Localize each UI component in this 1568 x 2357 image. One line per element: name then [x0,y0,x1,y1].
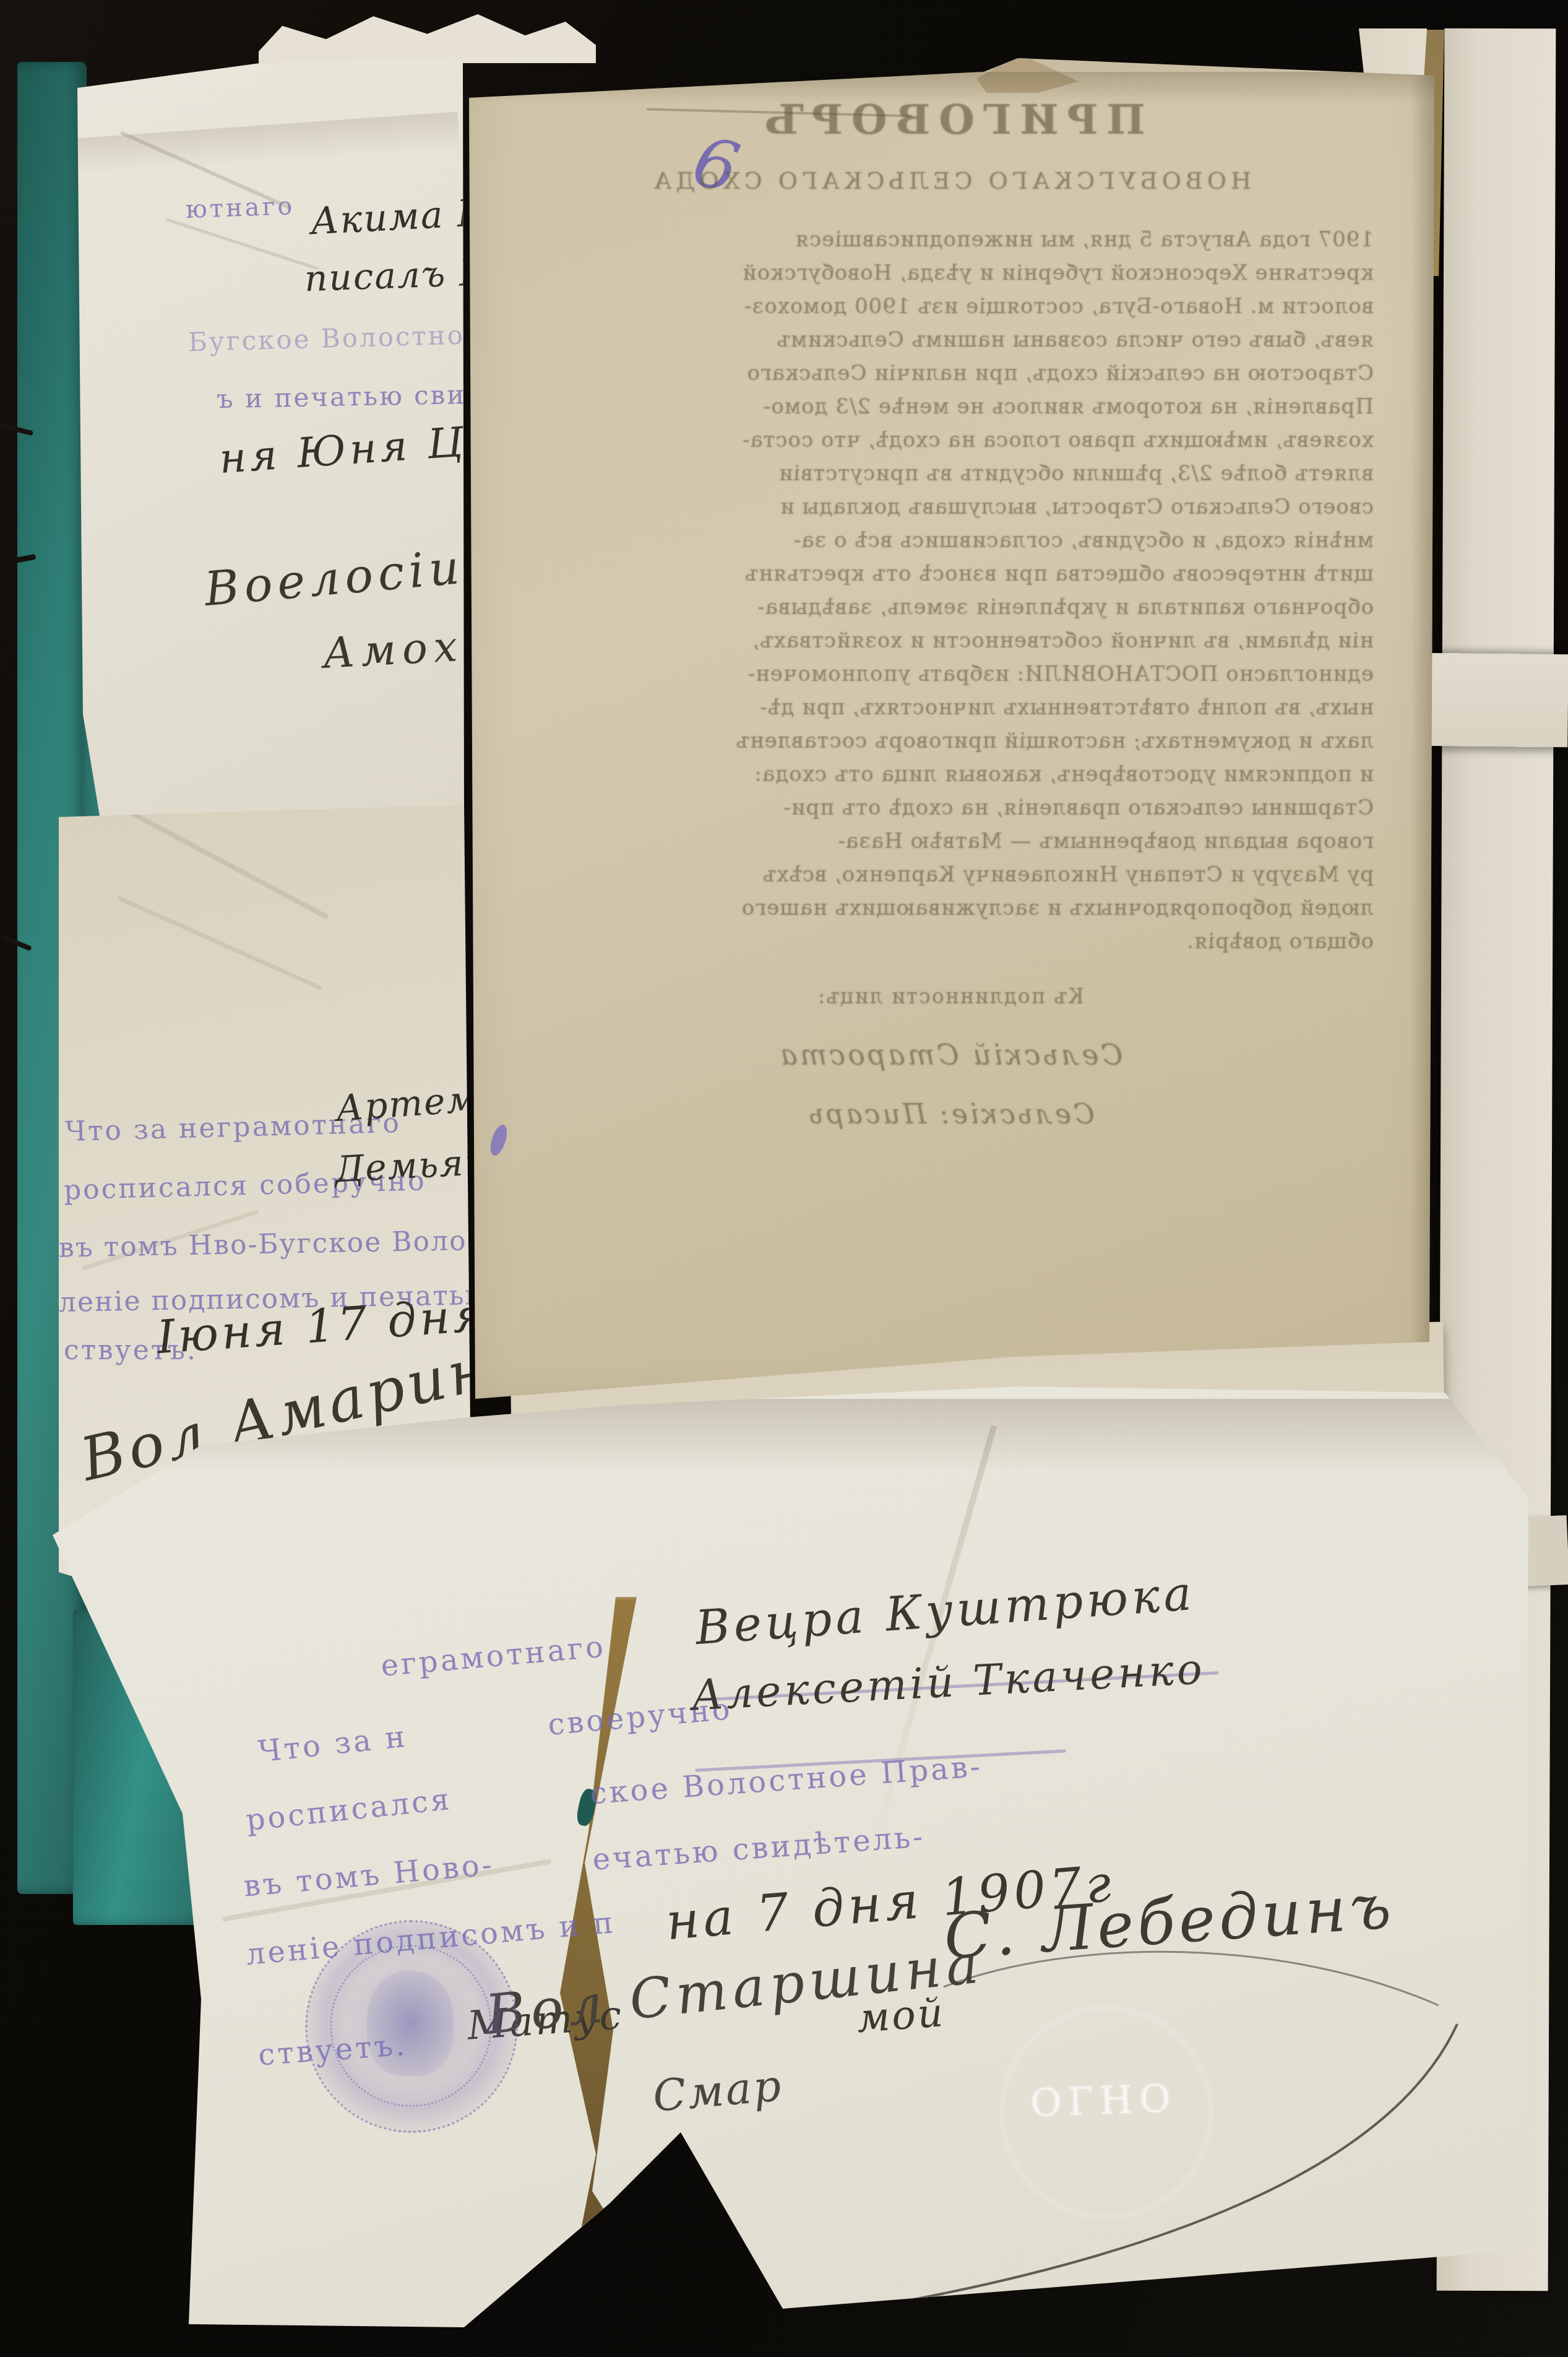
bd-name-1: Вецра Куштрюка [694,1567,1197,1654]
show-through-print: ПРИГОВОРЪ НОВОБУГСКАГО СЕЛЬСКАГО СХОДА 1… [507,80,1394,1374]
tl-signature-1: Воелосіи [202,541,464,615]
bd-stamp-1: еграмотнаго [379,1630,607,1682]
show-through-sig-starosta: Сельскій Староста [507,1038,1394,1071]
paper-watermark: ОГНО [1030,2077,1178,2124]
bd-stamp-3a: росписался [244,1783,453,1837]
ghost-strokes-2 [117,896,322,990]
tl-stamp-fragment-1: ютнаго [185,192,295,223]
torn-scrap-top [259,10,596,63]
archival-photo: ютнаго Акима В писалъ В Бугское Волостно… [0,0,1568,2357]
ml-name-1: Артем [335,1079,472,1129]
tl-stamp-fragment-3: ъ и печатью свидѣ [217,380,464,413]
bd-stamp-4a: въ томъ Ново- [242,1848,495,1903]
round-seal [305,1920,518,2133]
signature-flourish [678,1913,1507,2347]
show-through-subtitle: НОВОБУГСКАГО СЕЛЬСКАГО СХОДА [507,167,1394,194]
ml-name-2: Демьян [334,1143,472,1190]
tl-signature-2: Амох [322,624,464,678]
show-through-body: 1907 года Августа 5 дня, мы нижеподписав… [527,223,1374,958]
bd-stamp-3b: ское Волостное Прав- [589,1750,984,1810]
tl-handwriting-1: Акима В [309,192,464,243]
show-through-attest: Къ подлинности лицъ: [507,984,1394,1008]
ghost-strokes-1 [98,805,330,920]
pencil-scribble-2 [166,218,320,270]
crease-topleft [75,111,460,175]
bottom-document: еграмотнаго Вецра Куштрюка Что за н свое… [34,1380,1531,2347]
main-document: 6 ПРИГОВОРЪ НОВОБУГСКАГО СЕЛЬСКАГО СХОДА… [464,54,1437,1408]
bd-stamp-2a: Что за н [257,1721,409,1769]
top-left-document: ютнаго Акима В писалъ В Бугское Волостно… [75,57,464,900]
seal-eagle-blob [367,1971,454,2076]
tl-handwriting-3: ня Юня Ц [218,420,464,482]
bd-stamp-4b: ечатью свидѣтель- [592,1820,926,1876]
ml-stamp-3: въ томъ Нво-Бугское Волостно [59,1225,472,1263]
tl-stamp-fragment-2: Бугское Волостное [187,321,464,357]
bd-name-2: Алексетій Ткаченко [691,1646,1207,1719]
tl-handwriting-2: писалъ В [304,253,464,299]
show-through-sig-pisar: Сельскіе: Писарь [507,1099,1394,1130]
show-through-title: ПРИГОВОРЪ [507,95,1394,144]
